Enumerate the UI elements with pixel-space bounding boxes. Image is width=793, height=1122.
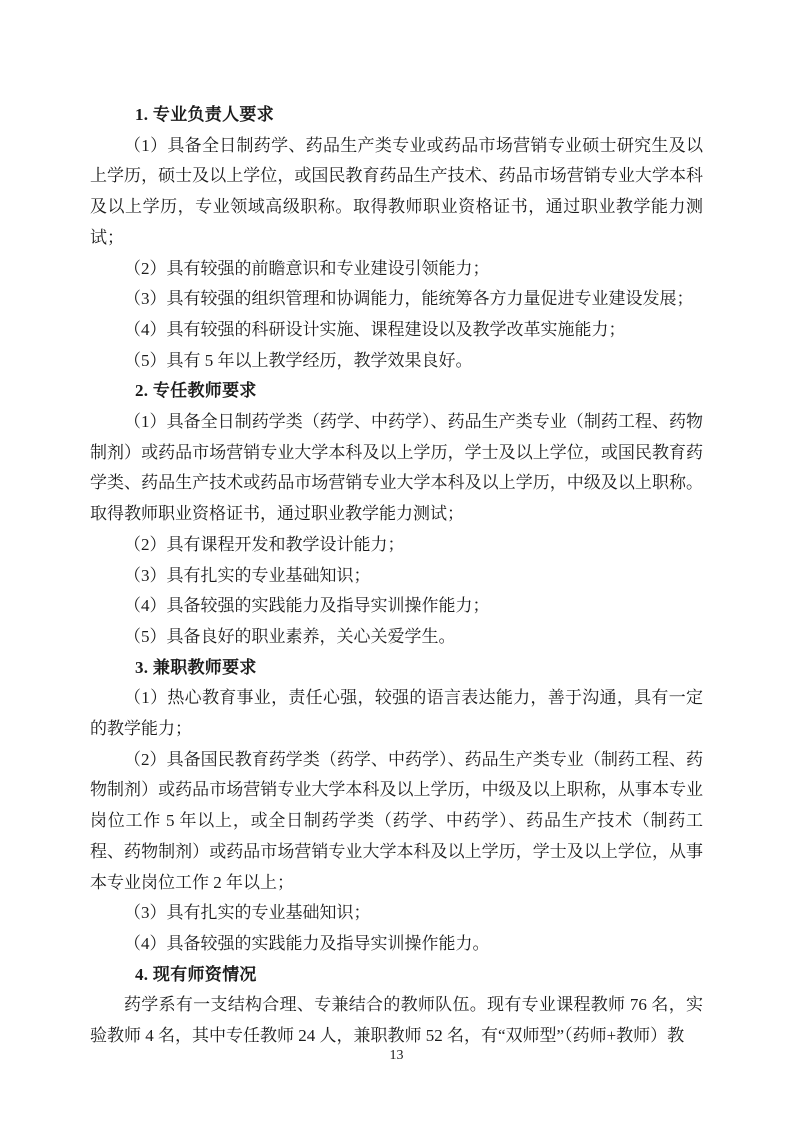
paragraph: （1）具备全日制药学类（药学、中药学）、药品生产类专业（制药工程、药物制剂）或药… bbox=[90, 407, 703, 530]
paragraph: （2）具备国民教育药学类（药学、中药学）、药品生产类专业（制药工程、药物制剂）或… bbox=[90, 745, 703, 899]
section-heading-fulltime-teacher: 2. 专任教师要求 bbox=[90, 376, 703, 407]
paragraph: （4）具备较强的实践能力及指导实训操作能力。 bbox=[90, 929, 703, 960]
paragraph: （5）具有 5 年以上教学经历，教学效果良好。 bbox=[90, 346, 703, 377]
paragraph: （1）热心教育事业，责任心强，较强的语言表达能力，善于沟通，具有一定的教学能力； bbox=[90, 683, 703, 744]
document-page: 1. 专业负责人要求 （1）具备全日制药学、药品生产类专业或药品市场营销专业硕士… bbox=[0, 0, 793, 1122]
paragraph: （4）具备较强的实践能力及指导实训操作能力； bbox=[90, 591, 703, 622]
section-heading-professional-leader: 1. 专业负责人要求 bbox=[90, 100, 703, 131]
page-content: 1. 专业负责人要求 （1）具备全日制药学、药品生产类专业或药品市场营销专业硕士… bbox=[90, 100, 703, 1052]
paragraph: （3）具有扎实的专业基础知识； bbox=[90, 898, 703, 929]
section-heading-parttime-teacher: 3. 兼职教师要求 bbox=[90, 653, 703, 684]
paragraph: （3）具有扎实的专业基础知识； bbox=[90, 561, 703, 592]
paragraph: （2）具有较强的前瞻意识和专业建设引领能力； bbox=[90, 254, 703, 285]
page-number: 13 bbox=[0, 1046, 793, 1066]
paragraph: 药学系有一支结构合理、专兼结合的教师队伍。现有专业课程教师 76 名，实验教师 … bbox=[90, 990, 703, 1051]
paragraph: （1）具备全日制药学、药品生产类专业或药品市场营销专业硕士研究生及以上学历，硕士… bbox=[90, 131, 703, 254]
section-heading-current-faculty: 4. 现有师资情况 bbox=[90, 960, 703, 991]
paragraph: （4）具有较强的科研设计实施、课程建设以及教学改革实施能力； bbox=[90, 315, 703, 346]
paragraph: （3）具有较强的组织管理和协调能力，能统筹各方力量促进专业建设发展； bbox=[90, 284, 703, 315]
paragraph: （5）具备良好的职业素养，关心关爱学生。 bbox=[90, 622, 703, 653]
paragraph: （2）具有课程开发和教学设计能力； bbox=[90, 530, 703, 561]
